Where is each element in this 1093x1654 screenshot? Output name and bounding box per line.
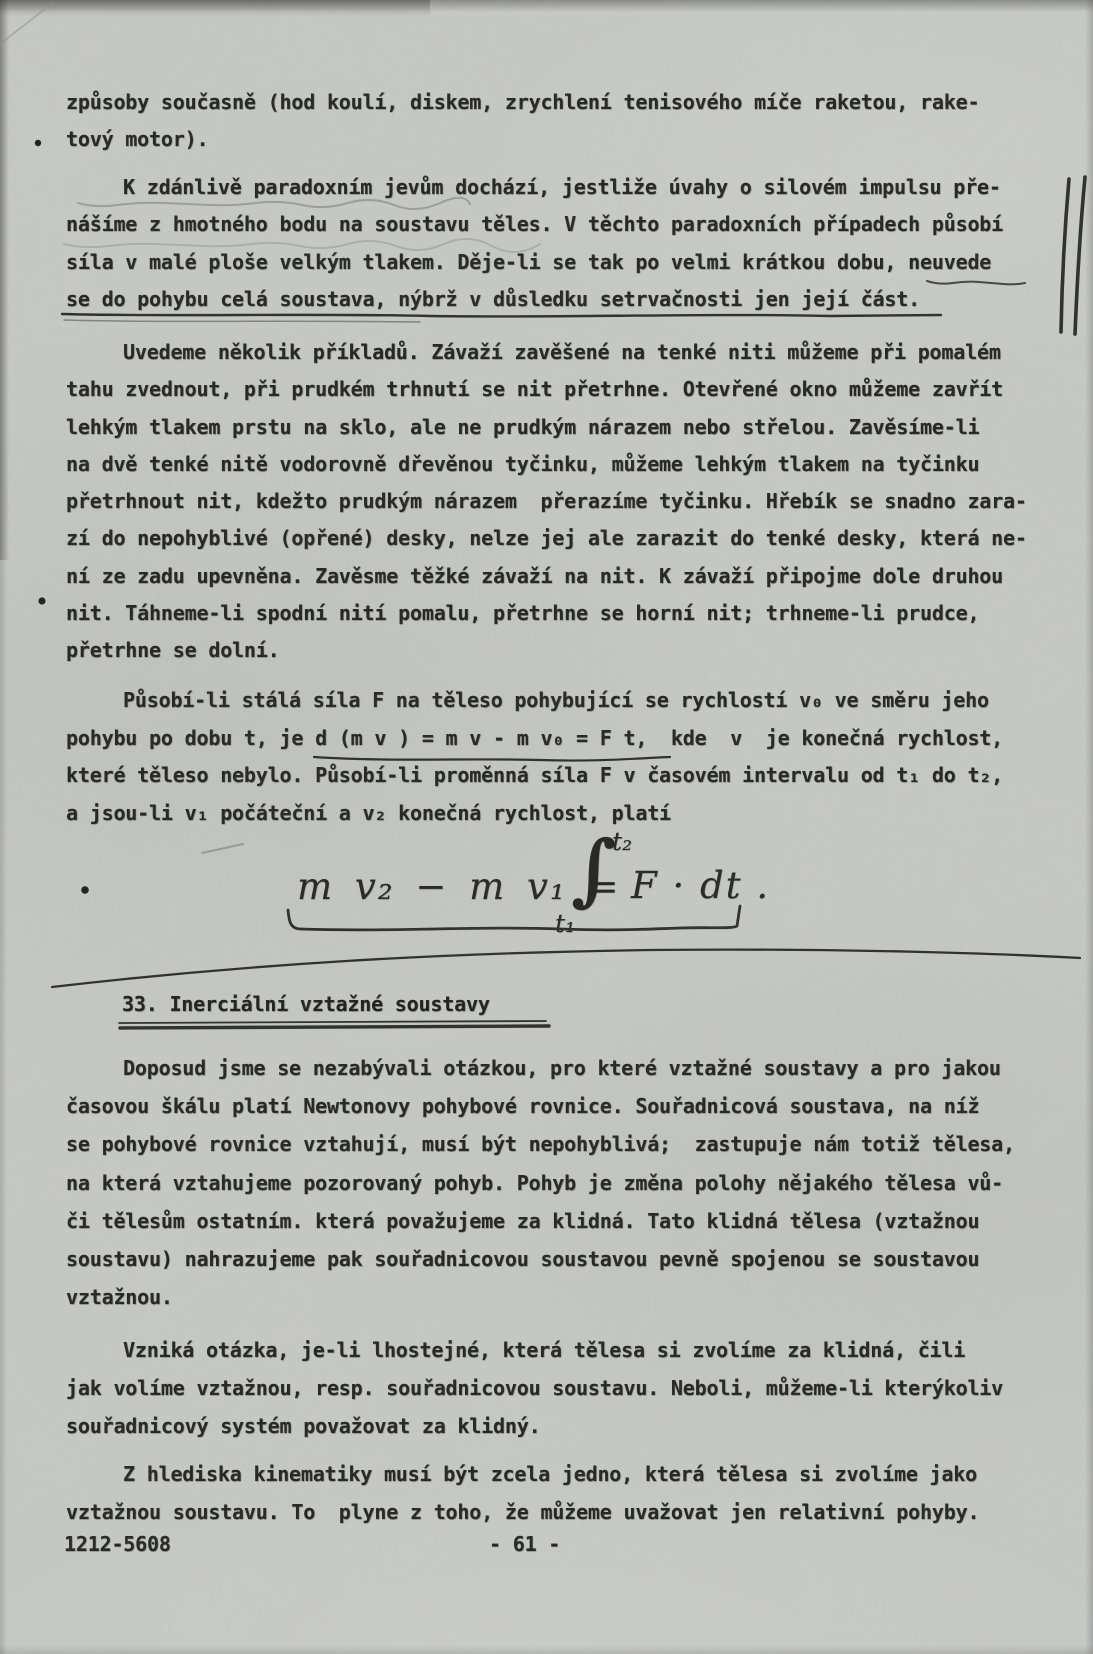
text-line: přetrhnout nit, kdežto prudkým nárazem p… <box>66 483 1061 520</box>
text-line: nášíme z hmotného bodu na soustavu těles… <box>66 206 1061 243</box>
text-line: způsoby současně (hod koulí, diskem, zry… <box>66 84 1061 121</box>
text-line: Vzniká otázka, je-li lhostejné, která tě… <box>66 1331 1061 1369</box>
text-line: lehkým tlakem prstu na sklo, ale ne prud… <box>66 409 1061 446</box>
heading-underline-thin <box>119 1021 546 1023</box>
text-line: Uvedeme několik příkladů. Závaží zavěšen… <box>66 334 1061 371</box>
integral-lower-limit: t₁ <box>555 909 575 938</box>
text-line: se pohybové rovnice vztahují, musí být n… <box>66 1125 1061 1163</box>
text-line: či tělesům ostatním. která považujeme za… <box>66 1202 1061 1240</box>
text-line: soustavu) nahrazujeme pak souřadnicovou … <box>66 1240 1061 1278</box>
scan-edge-shadow-top <box>0 0 1093 12</box>
scan-edge-shadow-top-left <box>0 0 430 17</box>
scan-edge-shadow-left-lower <box>0 560 7 1654</box>
scan-edge-shadow-bottom <box>0 1645 1093 1654</box>
text-line: Z hlediska kinematiky musí být zcela jed… <box>66 1455 1061 1493</box>
text-line: pohybu po dobu t, je d (m v ) = m v - m … <box>66 720 1061 758</box>
ink-dot-left-margin-mid <box>38 597 45 604</box>
text-line: na která vztahujeme pozorovaný pohyb. Po… <box>66 1164 1061 1202</box>
text-line: časovou škálu platí Newtonovy pohybové r… <box>66 1087 1061 1125</box>
paragraph-question: Vzniká otázka, je-li lhostejné, která tě… <box>66 1331 1061 1445</box>
text-line: souřadnicový systém považovat za klidný. <box>66 1407 1061 1445</box>
ink-dot-left-margin-top <box>35 140 41 146</box>
text-line: přetrhne se dolní. <box>66 632 1061 669</box>
ink-separator-line <box>52 950 1080 987</box>
paragraph-force-impulse: Působí-li stálá síla F na těleso pohybuj… <box>66 682 1061 832</box>
text-line: K zdánlivě paradoxním jevům dochází, jes… <box>66 169 1061 206</box>
paragraph-examples: Uvedeme několik příkladů. Závaží zavěšen… <box>66 334 1061 670</box>
paragraph-impulse-paradox: K zdánlivě paradoxním jevům dochází, jes… <box>66 169 1061 319</box>
text-line: Působí-li stálá síla F na těleso pohybuj… <box>66 682 1061 720</box>
text-line: nit. Táhneme-li spodní nití pomalu, přet… <box>66 595 1061 632</box>
text-line: na dvě tenké nitě vodorovně dřevěnou tyč… <box>66 446 1061 483</box>
text-line: ní ze zadu upevněna. Zavěsme těžké závaž… <box>66 558 1061 595</box>
text-line: se do pohybu celá soustava, nýbrž v důsl… <box>66 281 1061 318</box>
text-line: Doposud jsme se nezabývali otázkou, pro … <box>66 1049 1061 1087</box>
paragraph-reference-frames: Doposud jsme se nezabývali otázkou, pro … <box>66 1049 1061 1316</box>
page-number: - 61 - <box>489 1532 560 1556</box>
integral-upper-limit: t₂ <box>612 827 632 856</box>
document-number: 1212-5608 <box>64 1532 171 1556</box>
text-line: jak volíme vztažnou, resp. souřadnicovou… <box>66 1369 1061 1407</box>
ink-dot-near-formula <box>81 886 89 894</box>
section-heading: 33. Inerciální vztažné soustavy <box>122 992 490 1016</box>
text-line: vztažnou. <box>66 1278 1061 1316</box>
text-line: zí do nepohyblivé (opřené) desky, nelze … <box>66 520 1061 557</box>
ink-underline-echo <box>64 320 420 322</box>
scanned-typewritten-page: způsoby současně (hod koulí, diskem, zry… <box>0 0 1093 1654</box>
margin-mark-line-1 <box>1061 179 1069 332</box>
paragraph-continuation: způsoby současně (hod koulí, diskem, zry… <box>66 84 1061 158</box>
text-line: tový motor). <box>66 121 1061 158</box>
corner-crease-mark <box>0 2 54 44</box>
text-line: které těleso nebylo. Působí-li proměnná … <box>66 757 1061 795</box>
text-line: síla v malé ploše velkým tlakem. Děje-li… <box>66 244 1061 281</box>
text-line: vztažnou soustavu. To plyne z toho, že m… <box>66 1493 1061 1531</box>
paragraph-kinematics: Z hlediska kinematiky musí být zcela jed… <box>66 1455 1061 1531</box>
handwritten-impulse-momentum-formula: m v₂ − m v₁ = ∫ t₂ t₁ F · dt . <box>283 833 803 951</box>
formula-integrand: F · dt . <box>631 864 770 907</box>
scan-edge-shadow-right <box>1085 0 1093 1654</box>
scan-edge-shadow-left <box>0 0 9 560</box>
pencil-tick-formula-margin <box>202 844 243 853</box>
text-line: a jsou-li v₁ počáteční a v₂ konečná rych… <box>66 795 1061 833</box>
text-line: tahu zvednout, při prudkém trhnutí se ni… <box>66 371 1061 408</box>
heading-underline-thick <box>120 1026 549 1028</box>
margin-mark-line-2 <box>1075 177 1085 334</box>
integral-sign: ∫ <box>571 831 616 909</box>
